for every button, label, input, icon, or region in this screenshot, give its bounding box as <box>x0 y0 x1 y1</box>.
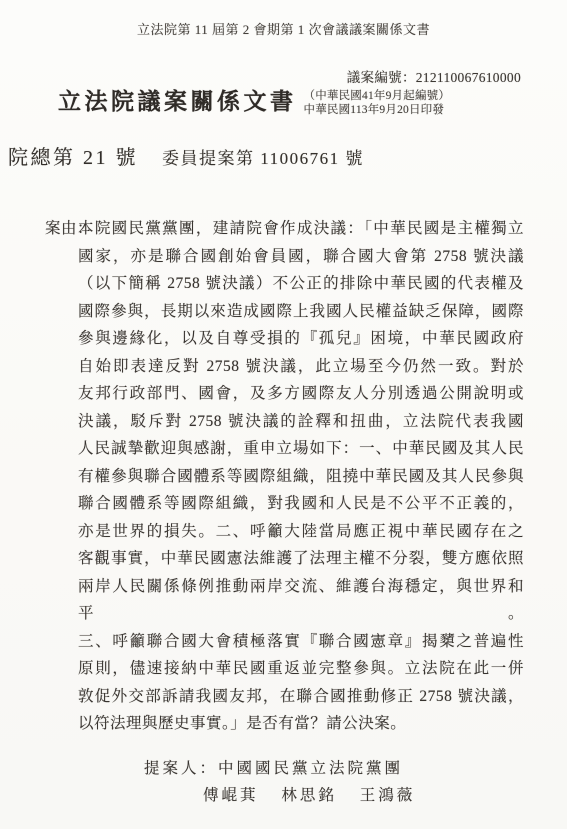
case-description-block: 案由： 本院國民黨黨團，建請院會作成決議：「中華民國是主權獨立 國家，亦是聯合國… <box>78 215 524 738</box>
proposer-members: 傅崐萁 林思銘 王鴻薇 <box>203 782 415 809</box>
case-label: 案由： <box>45 215 93 243</box>
document-title: 立法院議案關係文書 <box>58 86 297 118</box>
proposer-member-name: 王鴻薇 <box>360 787 416 804</box>
case-text-line: 敦促外交部訴請我國友邦，在聯合國推動修正 2758 號決議， <box>78 683 524 711</box>
case-text-line: 原則，儘速接納中華民國重返並完整參與。立法院在此一併 <box>78 655 524 683</box>
title-note-numbering-origin: （中華民國41年9月起編號） <box>304 89 451 103</box>
case-text-line: 以符法理與歷史事實。」是否有當？請公決案。 <box>78 710 524 738</box>
title-notes: （中華民國41年9月起編號） 中華民國113年9月20日印發 <box>304 89 451 117</box>
proposer-line: 提案人：中國國民黨立法院黨團 <box>144 755 415 782</box>
case-text-line: 聯合國體系等國際組織，對我國和人民是不公平不正義的， <box>78 490 524 518</box>
case-text-line: 國際參與，長期以來造成國際上我國人民權益缺乏保障，國際 <box>78 298 524 326</box>
proposal-case-number: 委員提案第 11006761 號 <box>162 144 364 169</box>
case-text-line: 國家，亦是聯合國創始會員國，聯合國大會第 2758 號決議 <box>78 243 524 271</box>
proposer-group-name: 中國國民黨立法院黨團 <box>218 760 403 777</box>
case-number-row: 院總第 21 號 委員提案第 11006761 號 <box>8 141 364 170</box>
general-case-number: 院總第 21 號 <box>8 141 138 170</box>
case-text-line: 決議，駁斥對 2758 號決議的詮釋和扭曲，立法院代表我國 <box>78 408 524 436</box>
case-text-line: 亦是世界的損失。二、呼籲大陸當局應正視中華民國存在之 <box>78 518 524 546</box>
case-text-line: 人民誠摯歡迎與感謝，重申立場如下：一、中華民國及其人民 <box>78 435 524 463</box>
case-text-line: 參與邊緣化，以及自尊受損的『孤兒』困境，中華民國政府 <box>78 325 524 353</box>
proposer-member-name: 傅崐萁 <box>203 787 259 804</box>
case-text-line: 友邦行政部門、國會，及多方國際友人分別透過公開說明或 <box>78 380 524 408</box>
case-text-line: 客觀事實，中華民國憲法維護了法理主權不分裂，雙方應依照 <box>78 545 524 573</box>
case-text-line: 三、呼籲聯合國大會積極落實『聯合國憲章』揭櫫之普遍性 <box>78 628 524 656</box>
title-note-print-date: 中華民國113年9月20日印發 <box>304 103 451 117</box>
proposer-member-name: 林思銘 <box>281 787 337 804</box>
case-body: 本院國民黨黨團，建請院會作成決議：「中華民國是主權獨立 國家，亦是聯合國創始會員… <box>78 215 524 738</box>
bill-number: 議案編號：212110067610000 <box>347 66 521 86</box>
case-text-line: 自始即表達反對 2758 號決議，此立場至今仍然一致。對於 <box>78 353 524 381</box>
title-row: 立法院議案關係文書 （中華民國41年9月起編號） 中華民國113年9月20日印發 <box>58 86 450 118</box>
proposer-block: 提案人：中國國民黨立法院黨團 傅崐萁 林思銘 王鴻薇 <box>144 755 415 809</box>
session-header: 立法院第 11 屆第 2 會期第 1 次會議議案關係文書 <box>0 19 567 38</box>
case-text-line: 兩岸人民關係條例推動兩岸交流、維護台海穩定，與世界和平。 <box>78 573 524 628</box>
case-text-line: 有權參與聯合國體系等國際組織，阻撓中華民國及其人民參與 <box>78 463 524 491</box>
case-text-line: （以下簡稱 2758 號決議）不公正的排除中華民國的代表權及 <box>78 270 524 298</box>
proposer-label: 提案人： <box>144 760 218 777</box>
case-text-line: 本院國民黨黨團，建請院會作成決議：「中華民國是主權獨立 <box>78 215 524 243</box>
legislative-document-page: 立法院第 11 屆第 2 會期第 1 次會議議案關係文書 議案編號：212110… <box>0 0 567 829</box>
